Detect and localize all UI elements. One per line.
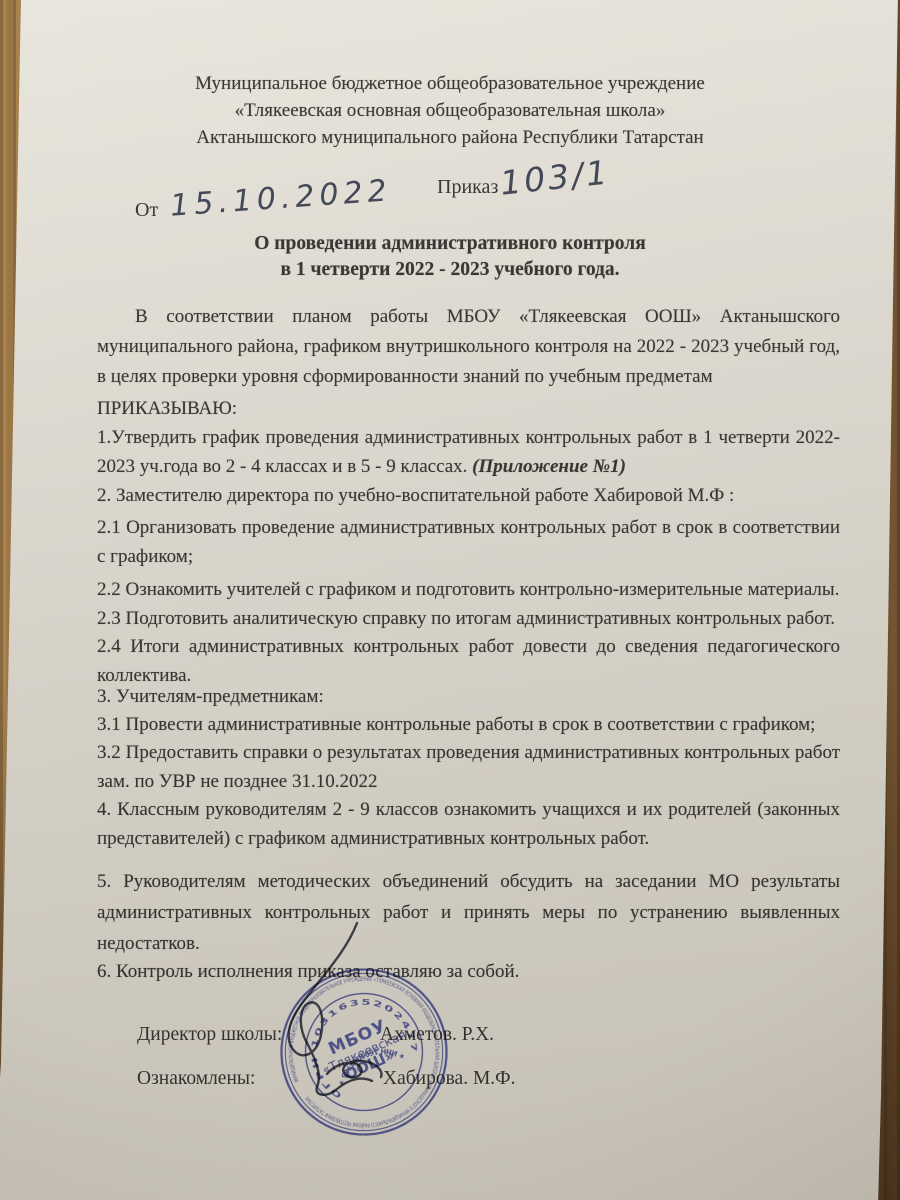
intro-paragraph: В соответствии планом работы МБОУ «Тляке…	[97, 302, 840, 392]
order-item-5: 5. Руководителям методических объединени…	[97, 866, 840, 959]
handwritten-order-number: 103/1	[498, 152, 612, 202]
handwritten-date: 15.10.2022	[169, 173, 393, 223]
acknowledged-label: Ознакомлены:	[137, 1068, 255, 1090]
header-line-3: Актанышского муниципального района Респу…	[0, 124, 900, 151]
document-page: Муниципальное бюджетное общеобразователь…	[0, 0, 900, 1200]
order-item-1-annex: (Приложение №1)	[472, 456, 626, 477]
order-item-3-2: 3.2 Предоставить справки о результатах п…	[97, 738, 840, 796]
order-item-2-2: 2.2 Ознакомить учителей с графиком и под…	[97, 575, 840, 604]
order-title-line-1: О проведении административного контроля	[0, 231, 900, 257]
order-word: Приказ	[437, 176, 498, 199]
order-item-3-1: 3.1 Провести административные контрольны…	[97, 710, 840, 739]
header-line-2: «Тлякеевская основная общеобразовательна…	[0, 97, 900, 124]
date-word: От	[135, 199, 158, 222]
order-title: О проведении административного контроля …	[0, 231, 900, 283]
order-item-2-1: 2.1 Организовать проведение администрати…	[97, 513, 840, 571]
decree-heading: ПРИКАЗЫВАЮ:	[97, 394, 840, 423]
order-item-2-3: 2.3 Подготовить аналитическую справку по…	[97, 604, 840, 633]
acknowledged-signature-stroke	[327, 1061, 382, 1078]
order-item-6: 6. Контроль исполнения приказа оставляю …	[97, 957, 840, 986]
order-item-4: 4. Классным руководителям 2 - 9 классов …	[97, 795, 840, 853]
photo-of-document: { "header": { "line1": "Муниципальное бю…	[0, 0, 900, 1200]
order-item-3: 3. Учителям-предметникам:	[97, 682, 840, 711]
document-header: Муниципальное бюджетное общеобразователь…	[0, 70, 900, 151]
handwritten-signatures	[265, 915, 435, 1105]
header-line-1: Муниципальное бюджетное общеобразователь…	[0, 70, 900, 97]
order-item-1-text: 1.Утвердить график проведения администра…	[97, 427, 840, 477]
order-item-1: 1.Утвердить график проведения администра…	[97, 423, 840, 481]
order-item-2: 2. Заместителю директора по учебно-воспи…	[97, 481, 840, 510]
order-title-line-2: в 1 четверти 2022 - 2023 учебного года.	[0, 257, 900, 283]
